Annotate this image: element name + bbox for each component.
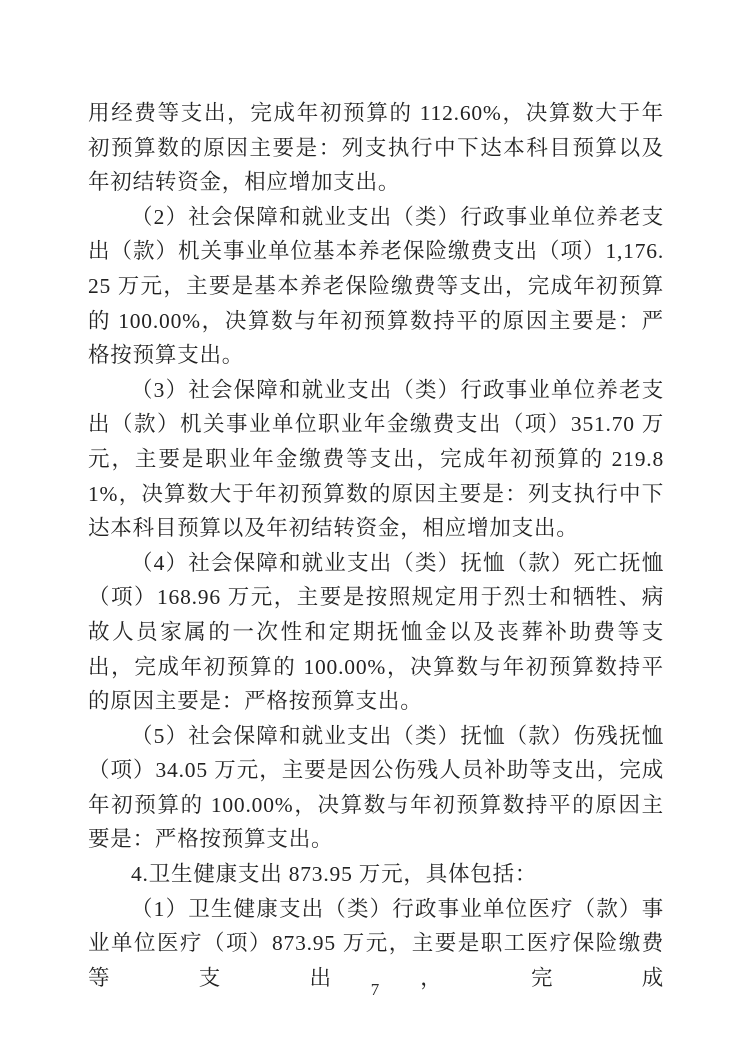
paragraph-item-3: （3）社会保障和就业支出（类）行政事业单位养老支出（款）机关事业单位职业年金缴费… <box>88 373 664 546</box>
paragraph-item-4: （4）社会保障和就业支出（类）抚恤（款）死亡抚恤（项）168.96 万元，主要是… <box>88 546 664 719</box>
document-body: 用经费等支出，完成年初预算的 112.60%，决算数大于年初预算数的原因主要是：… <box>88 96 664 995</box>
paragraph-continuation: 用经费等支出，完成年初预算的 112.60%，决算数大于年初预算数的原因主要是：… <box>88 96 664 200</box>
paragraph-section-4-health: 4.卫生健康支出 873.95 万元，具体包括： <box>88 857 664 892</box>
document-page: 用经费等支出，完成年初预算的 112.60%，决算数大于年初预算数的原因主要是：… <box>0 0 750 1061</box>
paragraph-item-2: （2）社会保障和就业支出（类）行政事业单位养老支出（款）机关事业单位基本养老保险… <box>88 200 664 373</box>
paragraph-item-5: （5）社会保障和就业支出（类）抚恤（款）伤残抚恤（项）34.05 万元，主要是因… <box>88 719 664 857</box>
page-number: 7 <box>0 978 750 1002</box>
